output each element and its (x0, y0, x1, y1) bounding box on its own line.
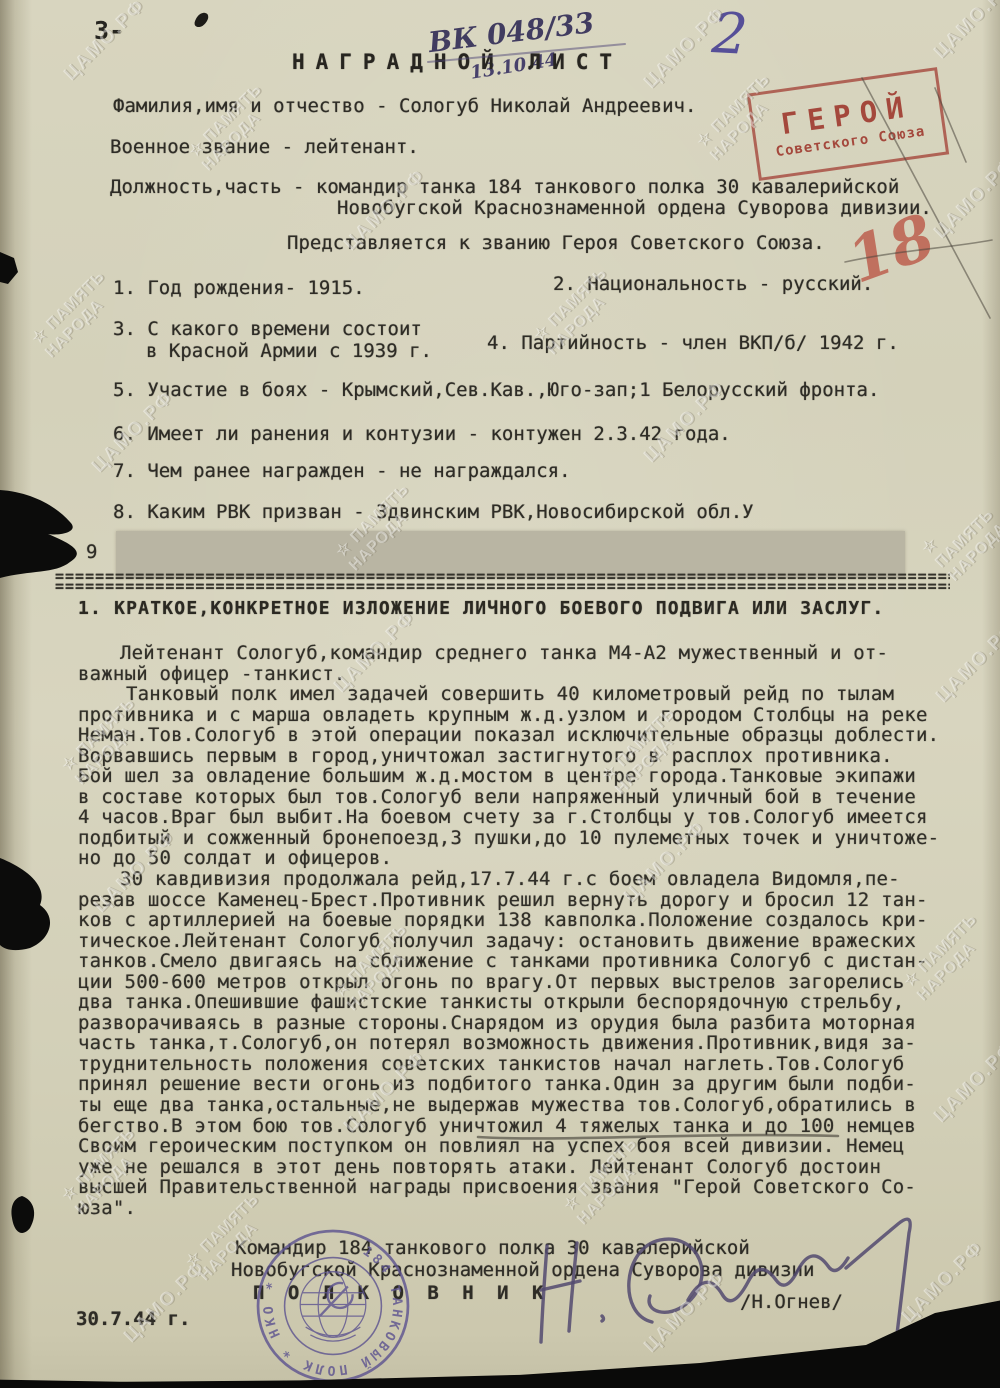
item-birth-year: 1. Год рождения- 1915. (113, 277, 365, 299)
item-prior-awards: 7. Чем ранее награжден - не награждался. (113, 460, 571, 482)
feat-text-line: ции 500-600 метров открыл огонь по врагу… (78, 972, 968, 993)
field-rank: Военное звание - лейтенант. (110, 136, 419, 158)
item-nationality: 2. Национальность - русский. (553, 273, 873, 295)
field-position-1: Должность,часть - командир танка 184 тан… (110, 176, 899, 198)
feat-text-line: противника и с марша овладеть крупным ж.… (78, 705, 968, 726)
ink-blot (193, 10, 210, 29)
feat-section-heading: 1. КРАТКОЕ,КОНКРЕТНОЕ ИЗЛОЖЕНИЕ ЛИЧНОГО … (78, 598, 884, 619)
feat-text-line: в составе которых был тов.Сологуб вели н… (78, 787, 968, 808)
document-date: 30.7.44 г. (76, 1308, 190, 1330)
item-wounds: 6. Имеет ли ранения и контузии - контуже… (113, 423, 731, 445)
signer-title-2: Новобугской Краснознаменной ордена Сувор… (231, 1259, 814, 1281)
feat-text-line: Бой шел за овладение большим ж.д.мостом … (78, 766, 968, 787)
feat-text-line: танков.Смело двигаясь на сближение с тан… (78, 951, 968, 972)
feat-text-line: два танка.Опешившие фашистские танкисты … (78, 992, 968, 1013)
feat-text-line: Своим героическим поступком он повлиял н… (78, 1136, 968, 1157)
feat-text-line: подбитый и сожженный бронепоезд,3 пушки,… (78, 828, 968, 849)
paper-sheet: 3- ВК 048/33 13.10.44 2 18 НАГРАДНОЙ ЛИС… (0, 0, 1000, 1388)
feat-text-line: юза". (78, 1198, 968, 1219)
scanned-award-document: 3- ВК 048/33 13.10.44 2 18 НАГРАДНОЙ ЛИС… (0, 0, 1000, 1388)
feat-text-line: уже не решался в этот день повторять ата… (78, 1157, 968, 1178)
feat-text-line: резав шоссе Каменец-Брест.Противник реши… (78, 890, 968, 911)
feat-text-line: 4 часов.Враг был выбит.На боевом счету з… (78, 807, 968, 828)
corner-mark: 3- (94, 16, 124, 45)
feat-text-line: Неман.Тов.Сологуб в этой операции показа… (78, 725, 968, 746)
feat-text-line: 30 кавдивизия продолжала рейд,17.7.44 г.… (78, 869, 968, 890)
feat-text-line: разворачиваясь в разные стороны.Снарядом… (78, 1013, 968, 1034)
feat-text-line: Лейтенант Сологуб,командир среднего танк… (78, 643, 968, 664)
feat-text-line: бегство.В этом бою тов.Сологуб уничтожил… (78, 1116, 968, 1137)
feat-text-line: важный офицер -танкист. (78, 664, 968, 685)
field-name: Фамилия,имя и отчество - Сологуб Николай… (113, 95, 696, 117)
feat-text-line: ты еще два танка,остальные,не выдержав м… (78, 1095, 968, 1116)
feat-text-line: но до 50 солдат и офицеров. (78, 848, 968, 869)
signer-rank: П О Л К О В Н И К (253, 1282, 549, 1304)
item-service-2: в Красной Армии с 1939 г. (146, 340, 432, 362)
feat-text-line: ков с артиллерией на боевые порядки 138 … (78, 910, 968, 931)
hero-of-soviet-union-stamp: ГЕРОЙ Советского Союза (747, 67, 949, 181)
field-position-2: Новобугской Краснознаменной ордена Сувор… (337, 197, 932, 219)
feat-description-block: Лейтенант Сологуб,командир среднего танк… (78, 643, 968, 1218)
redacted-area (116, 531, 905, 578)
feat-text-line: тическое.Лейтенант Сологуб получил задач… (78, 931, 968, 952)
feat-text-line: высшей Правительственной награды присвое… (78, 1177, 968, 1198)
item-battles: 5. Участие в боях - Крымский,Сев.Кав.,Юг… (113, 379, 879, 401)
feat-text-line: принял решение вести огонь из подбитого … (78, 1074, 968, 1095)
divider-line-2: ========================================… (55, 582, 950, 592)
signer-title-1: Командир 184 танкового полка 30 кавалери… (235, 1237, 750, 1259)
field-presented: Представляется к званию Героя Советского… (287, 232, 825, 254)
feat-text-line: Танковый полк имел задачей совершить 40 … (78, 684, 968, 705)
divider-line-1: ========================================… (55, 572, 950, 582)
item-nine-partial: 9 (86, 541, 97, 563)
document-title: НАГРАДНОЙ ЛИСТ (292, 50, 623, 74)
handwritten-page-number: 2 (710, 1, 749, 68)
item-party: 4. Партийность - член ВКП/б/ 1942 г. (487, 332, 899, 354)
item-service-1: 3. С какого времени состоит (113, 318, 422, 340)
signer-name-typed: /Н.Огнев/ (740, 1291, 843, 1313)
feat-text-line: часть танка,т.Сологуб,он потерял возможн… (78, 1033, 968, 1054)
feat-text-line: Ворвавшись первым в город,уничтожал заст… (78, 746, 968, 767)
feat-text-line: труднительность положения советских танк… (78, 1054, 968, 1075)
item-rvk: 8. Каким РВК призван - Здвинским РВК,Нов… (113, 501, 754, 523)
